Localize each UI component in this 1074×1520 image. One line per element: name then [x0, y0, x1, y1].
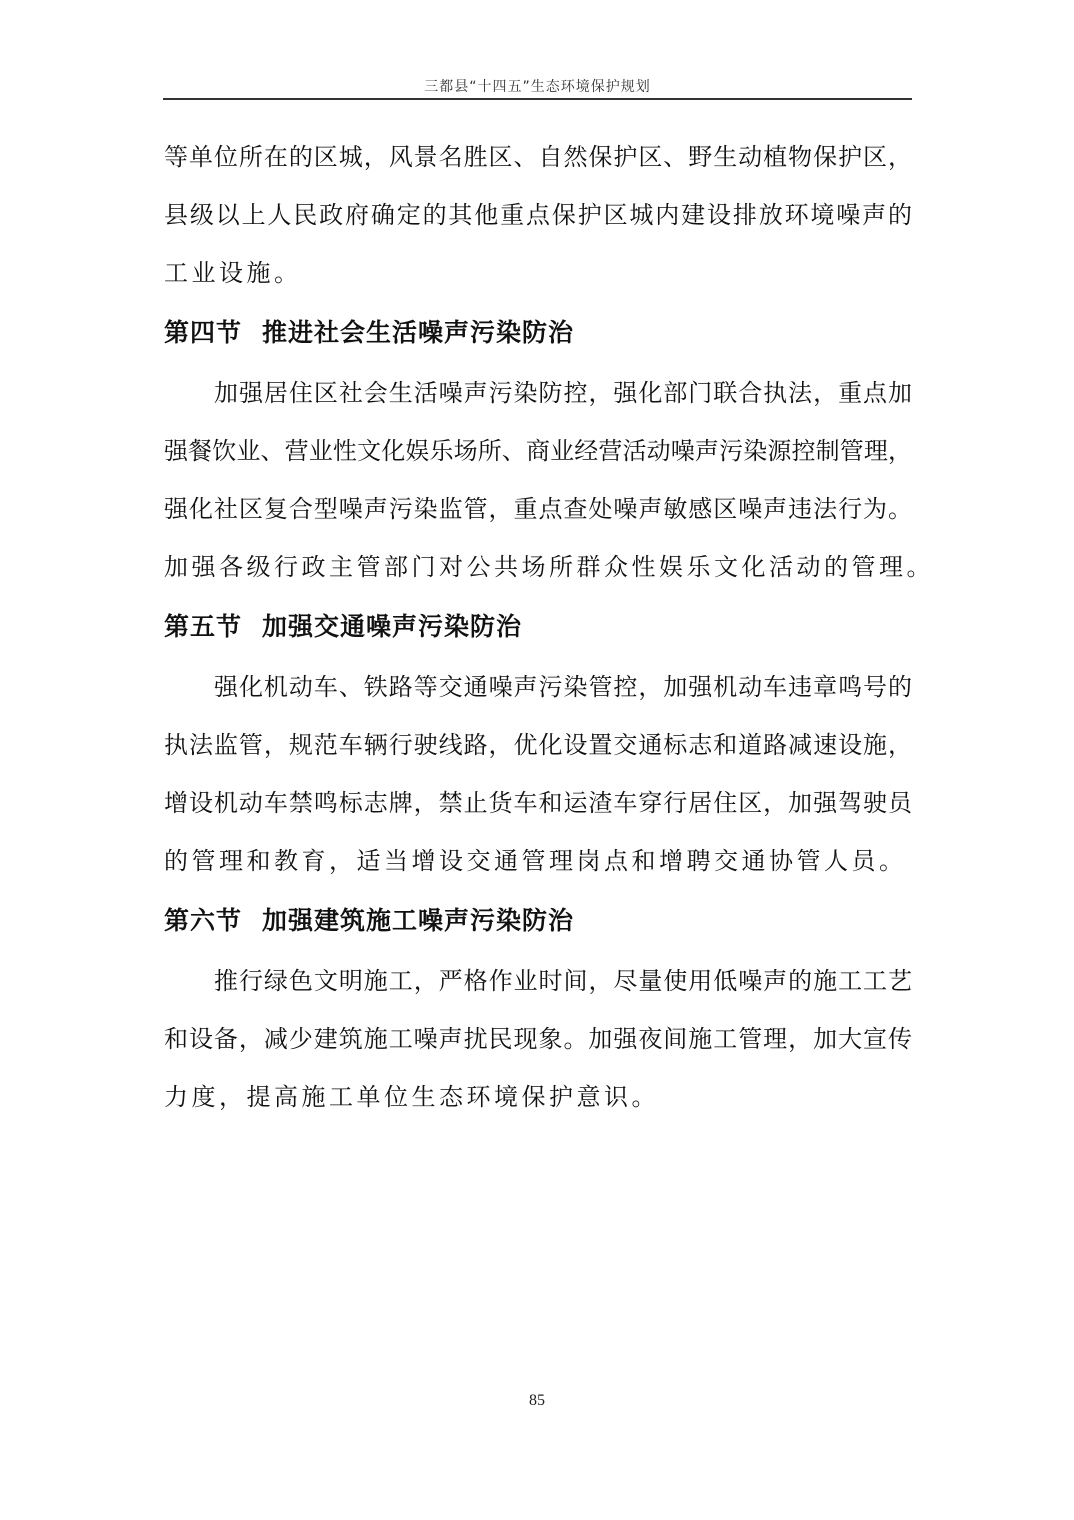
text-line: 推行绿色文明施工，严格作业时间，尽量使用低噪声的施工工艺 — [164, 952, 912, 1010]
header-divider — [163, 98, 912, 100]
section-number: 第四节 — [164, 318, 242, 347]
text-line: 县级以上人民政府确定的其他重点保护区城内建设排放环境噪声的 — [164, 186, 912, 244]
section-6: 第六节加强建筑施工噪声污染防治 推行绿色文明施工，严格作业时间，尽量使用低噪声的… — [164, 890, 912, 1126]
section-4: 第四节推进社会生活噪声污染防治 加强居住区社会生活噪声污染防控，强化部门联合执法… — [164, 302, 912, 596]
text-line: 增设机动车禁鸣标志牌，禁止货车和运渣车穿行居住区，加强驾驶员 — [164, 774, 912, 832]
section-title: 推进社会生活噪声污染防治 — [262, 318, 574, 347]
text-line: 力度，提高施工单位生态环境保护意识。 — [164, 1068, 912, 1126]
section-heading: 第五节加强交通噪声污染防治 — [164, 596, 912, 658]
text-line: 等单位所在的区城，风景名胜区、自然保护区、野生动植物保护区， — [164, 128, 912, 186]
text-line: 加强各级行政主管部门对公共场所群众性娱乐文化活动的管理。 — [164, 538, 912, 596]
text-line: 强餐饮业、营业性文化娱乐场所、商业经营活动噪声污染源控制管理， — [164, 422, 912, 480]
text-line: 执法监管，规范车辆行驶线路，优化设置交通标志和道路减速设施， — [164, 716, 912, 774]
text-line: 工业设施。 — [164, 244, 912, 302]
section-number: 第五节 — [164, 612, 242, 641]
section-number: 第六节 — [164, 906, 242, 935]
text-line: 加强居住区社会生活噪声污染防控，强化部门联合执法，重点加 — [164, 364, 912, 422]
text-line: 强化社区复合型噪声污染监管，重点查处噪声敏感区噪声违法行为。 — [164, 480, 912, 538]
running-header: 三都县“十四五”生态环境保护规划 — [163, 76, 912, 96]
page-body: 等单位所在的区城，风景名胜区、自然保护区、野生动植物保护区， 县级以上人民政府确… — [164, 128, 912, 1126]
page-number: 85 — [0, 1392, 1074, 1410]
section-title: 加强交通噪声污染防治 — [262, 612, 522, 641]
text-line: 的管理和教育，适当增设交通管理岗点和增聘交通协管人员。 — [164, 832, 912, 890]
text-line: 强化机动车、铁路等交通噪声污染管控，加强机动车违章鸣号的 — [164, 658, 912, 716]
section-heading: 第六节加强建筑施工噪声污染防治 — [164, 890, 912, 952]
intro-paragraph: 等单位所在的区城，风景名胜区、自然保护区、野生动植物保护区， 县级以上人民政府确… — [164, 128, 912, 302]
text-line: 和设备，减少建筑施工噪声扰民现象。加强夜间施工管理，加大宣传 — [164, 1010, 912, 1068]
section-5: 第五节加强交通噪声污染防治 强化机动车、铁路等交通噪声污染管控，加强机动车违章鸣… — [164, 596, 912, 890]
section-heading: 第四节推进社会生活噪声污染防治 — [164, 302, 912, 364]
section-title: 加强建筑施工噪声污染防治 — [262, 906, 574, 935]
